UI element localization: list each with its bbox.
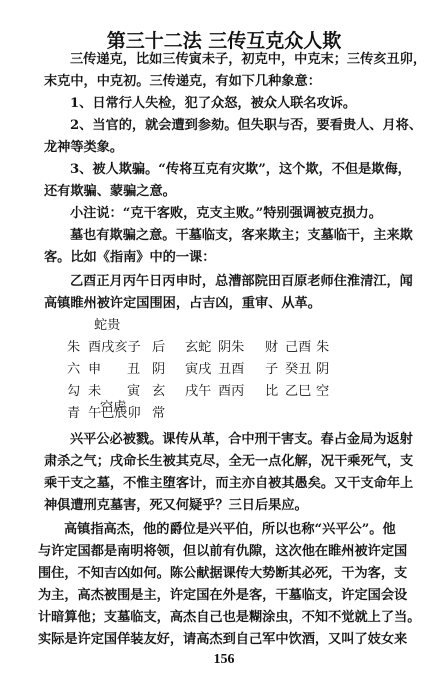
chart-top-label: 蛇贵 (94, 318, 120, 334)
chart-cell: 后 (152, 340, 165, 356)
chart-cell: 玄蛇 (185, 340, 211, 356)
text-line: 神俱遭刑克墓害，死又何疑乎？三日后果应。 (44, 498, 308, 514)
chart-cell: 己酉 (285, 340, 311, 356)
chart-cell: 常 (152, 406, 165, 422)
text-line: 客。比如《指南》中的一课： (44, 250, 215, 266)
book-page: 第三十二法 三传互克众人欺 三传递克，比如三传寅未子，初克中，中克末；三传亥丑卯… (0, 0, 448, 682)
chart-cell: 六 (67, 362, 80, 378)
text-line: 墓也有欺骗之意。干墓临支，客来欺主；支墓临干，主来欺 (70, 228, 413, 244)
chart-cell: 寅 (127, 384, 140, 400)
page-number: 156 (0, 652, 448, 668)
chart-cell: 玄 (152, 384, 165, 400)
chart-cell: 酉丙 (218, 384, 244, 400)
chart-cell: 阴 (152, 362, 165, 378)
text-line: 计暗算他；支墓临支，高杰自己也是糊涂虫，不知不觉就上了当。 (38, 610, 420, 626)
chart-cell: 寅戌 (185, 362, 211, 378)
text-line: 围住，不知吉凶如何。陈公献据课传大势断其必死，干为客，支 (38, 566, 407, 582)
text-line: 三传递克，比如三传寅未子，初克中，中克末；三传亥丑卯， (70, 52, 426, 68)
text-line: 2、当官的，就会遭到参劾。但失职与否，要看贵人、月将、 (70, 118, 422, 134)
chart-cell: 朱 (67, 340, 80, 356)
chart-cell: 阴 (316, 362, 329, 378)
text-line: 为主，高杰被围是主，许定国在外是客，干墓临支，许定国会设 (38, 588, 407, 604)
chart-cell: 丑酉 (218, 362, 244, 378)
chart-bottom-label: 空虎 (100, 400, 126, 416)
text-line: 3、被人欺骗。“传将互克有灾欺”，这个欺，不但是欺侮， (70, 162, 411, 178)
chart-cell: 申 (88, 362, 101, 378)
text-line: 还有欺骗、蒙骗之意。 (44, 184, 176, 200)
chart-cell: 戌午 (185, 384, 211, 400)
chapter-title: 第三十二法 三传互克众人欺 (0, 26, 448, 53)
chart-cell: 空 (316, 384, 329, 400)
text-line: 与许定国都是南明将领，但以前有仇隙，这次他在睢州被许定国 (38, 544, 407, 560)
text-line: 高镇指高杰，他的爵位是兴平伯，所以也称“兴平公”。他 (64, 522, 396, 538)
text-line: 乘干支之墓，不惟主堕客计，而主亦自被其愚矣。又干支命年上 (44, 476, 413, 492)
text-line: 乙酉正月丙午日丙申时，总漕部院田百原老师住淮清江，闻 (70, 274, 413, 290)
chart-cell: 子 (265, 362, 278, 378)
chart-cell: 比 (265, 384, 278, 400)
text-line: 高镇睢州被许定国围困，占吉凶，重审、从革。 (44, 296, 321, 312)
text-line: 兴平公必被戮。课传从革，合中刑干害支。春占金局为返射 (70, 432, 413, 448)
chart-cell: 癸丑 (285, 362, 311, 378)
text-line: 小注说：“克干客败，克支主败。”特别强调被克损力。 (70, 206, 382, 222)
chart-cell: 青 (67, 406, 80, 422)
chart-cell: 勾 (67, 384, 80, 400)
text-line: 龙神等类象。 (44, 140, 123, 156)
chart-cell: 阴朱 (218, 340, 244, 356)
chart-cell: 丑 (127, 362, 140, 378)
text-line: 末克中，中克初。三传递克，有如下几种象意： (44, 74, 321, 90)
chart-cell: 乙巳 (285, 384, 311, 400)
chart-cell: 酉戌亥子 (88, 340, 141, 356)
text-line: 实际是许定国佯装友好，请高杰到自己军中饮酒，又叫了妓女来 (38, 632, 407, 648)
chart-cell: 朱 (316, 340, 329, 356)
chart-cell: 财 (265, 340, 278, 356)
chart-cell: 未 (88, 384, 101, 400)
text-line: 1、日常行人失检，犯了众怒，被众人联名攻诉。 (70, 96, 356, 112)
text-line: 肃杀之气；戌命长生被其克尽，全无一点化解，况干乘死气，支 (44, 454, 413, 470)
